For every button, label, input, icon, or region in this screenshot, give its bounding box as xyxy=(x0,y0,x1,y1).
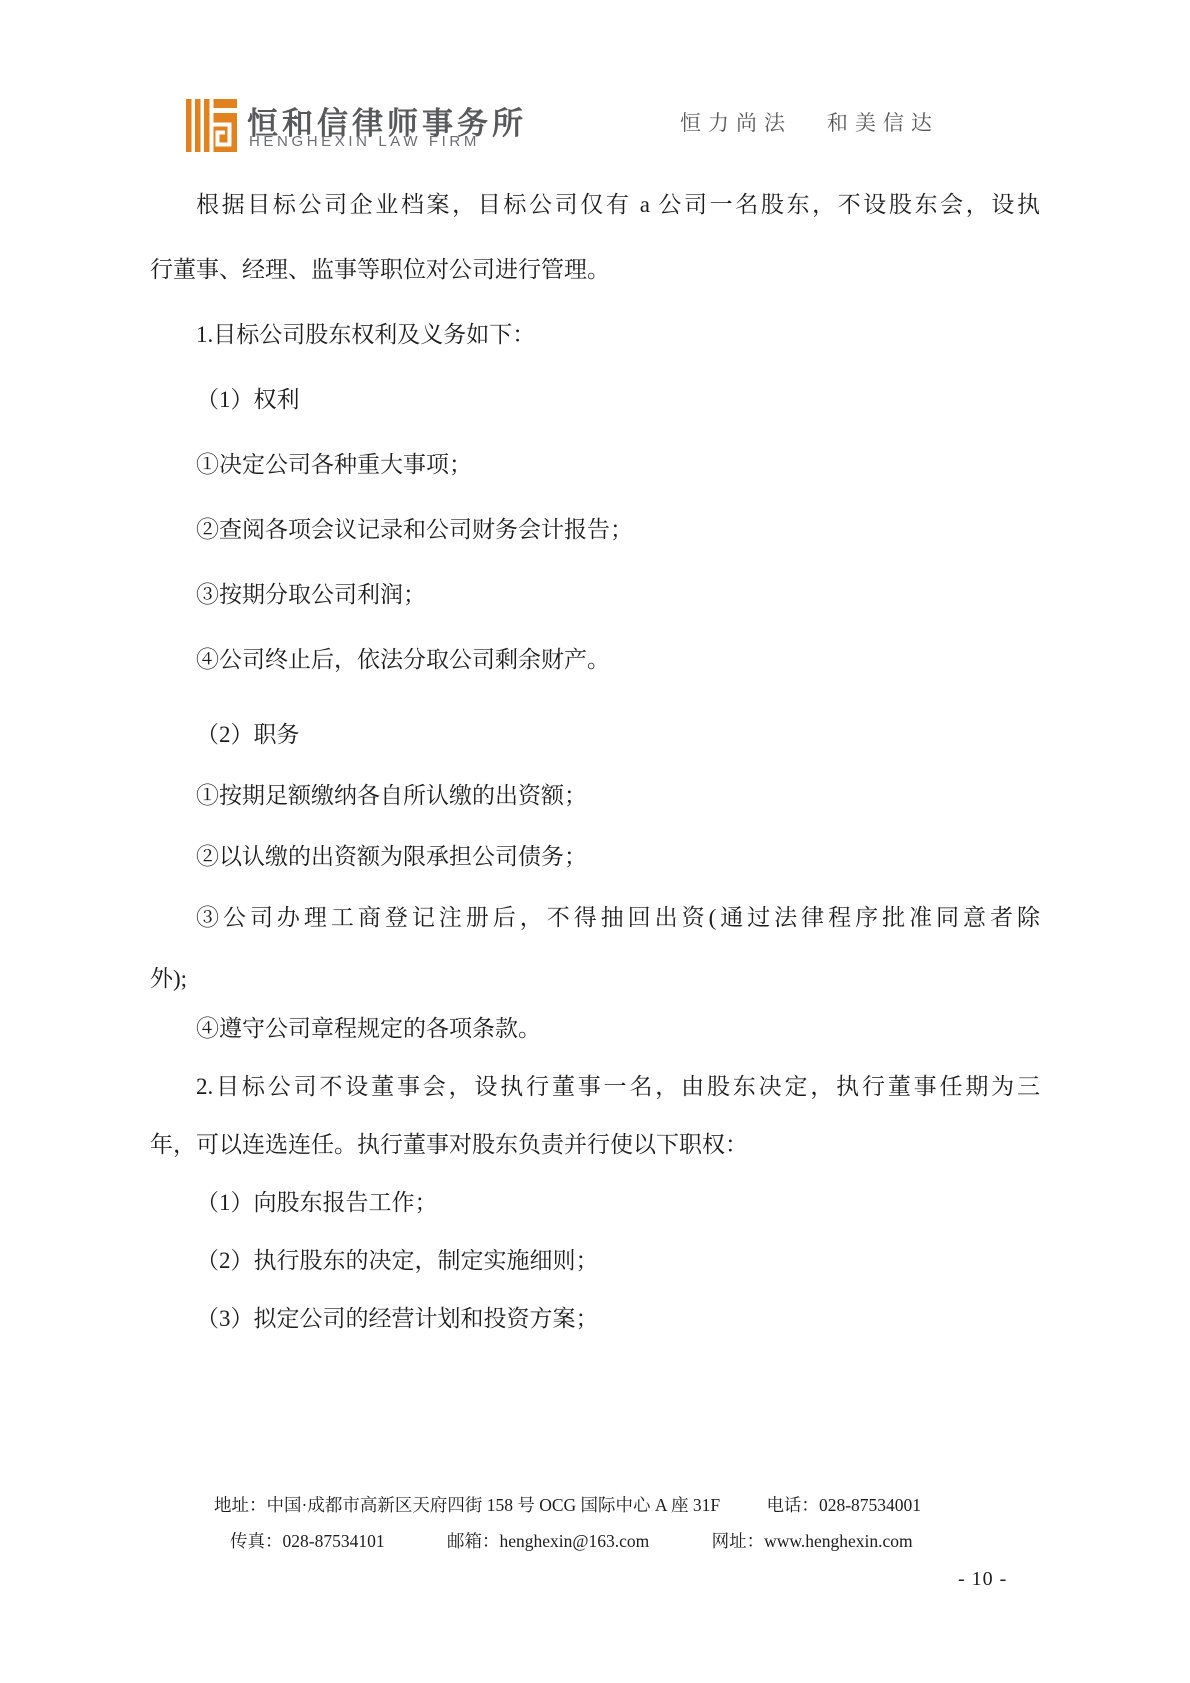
footer-phone: 电话：028-87534001 xyxy=(766,1492,921,1517)
letterhead: 恒和信律师事务所 HENGHEXIN LAW FIRM 恒力尚法 和美信达 xyxy=(0,0,1190,170)
footer-contact-line-2: 传真：028-87534101 邮箱：henghexin@163.com 网址：… xyxy=(230,1528,913,1553)
firm-name-en: HENGHEXIN LAW FIRM xyxy=(249,133,480,150)
page-number: - 10 - xyxy=(958,1568,1007,1591)
paragraph-line: （1）向股东报告工作； xyxy=(150,1190,1040,1215)
henghexin-logo-icon xyxy=(186,99,237,152)
paragraph-line: ④遵守公司章程规定的各项条款。 xyxy=(150,1016,1040,1041)
footer-phone-label: 电话： xyxy=(766,1495,819,1515)
paragraph-line: 2.目标公司不设董事会，设执行董事一名，由股东决定，执行董事任期为三 xyxy=(150,1074,1040,1099)
paragraph-line: ②查阅各项会议记录和公司财务会计报告； xyxy=(150,517,1040,542)
footer-contact-line-1: 地址：中国·成都市高新区天府四街 158 号 OCG 国际中心 A 座 31F … xyxy=(214,1492,921,1517)
paragraph-line: ③按期分取公司利润； xyxy=(150,582,1040,607)
paragraph-line: ③公司办理工商登记注册后，不得抽回出资(通过法律程序批准同意者除 xyxy=(150,905,1040,930)
slogan-part-2: 和美信达 xyxy=(827,112,939,135)
footer-fax-value: 028-87534101 xyxy=(283,1531,385,1551)
footer-fax-label: 传真： xyxy=(230,1531,283,1551)
footer-address-value: 中国·成都市高新区天府四街 158 号 OCG 国际中心 A 座 31F xyxy=(267,1495,721,1515)
slogan-part-1: 恒力尚法 xyxy=(680,112,792,135)
paragraph-line: 根据目标公司企业档案，目标公司仅有 a 公司一名股东，不设股东会，设执 xyxy=(150,192,1040,217)
footer-email: 邮箱：henghexin@163.com xyxy=(447,1528,649,1553)
paragraph-line: 1.目标公司股东权利及义务如下： xyxy=(150,322,1040,347)
paragraph-line: （1）权利 xyxy=(150,387,1040,412)
paragraph-line: （2）职务 xyxy=(150,722,1040,747)
document-page: 恒和信律师事务所 HENGHEXIN LAW FIRM 恒力尚法 和美信达 根据… xyxy=(0,0,1190,1683)
footer-website-label: 网址： xyxy=(712,1531,765,1551)
paragraph-line: ②以认缴的出资额为限承担公司债务； xyxy=(150,844,1040,869)
footer-address-label: 地址： xyxy=(214,1495,267,1515)
paragraph-line: ①按期足额缴纳各自所认缴的出资额； xyxy=(150,783,1040,808)
document-body: 根据目标公司企业档案，目标公司仅有 a 公司一名股东，不设股东会，设执 行董事、… xyxy=(150,192,1040,1364)
paragraph-line: 外); xyxy=(150,966,1040,991)
paragraph-line: （2）执行股东的决定，制定实施细则； xyxy=(150,1248,1040,1273)
paragraph-line: ④公司终止后，依法分取公司剩余财产。 xyxy=(150,647,1040,672)
paragraph-line: ①决定公司各种重大事项； xyxy=(150,452,1040,477)
footer-phone-value: 028-87534001 xyxy=(819,1495,921,1515)
footer-email-value: henghexin@163.com xyxy=(499,1531,649,1551)
paragraph-line: （3）拟定公司的经营计划和投资方案； xyxy=(150,1306,1040,1331)
footer-email-label: 邮箱： xyxy=(447,1531,500,1551)
footer-website-value: www.henghexin.com xyxy=(764,1531,913,1551)
footer-address: 地址：中国·成都市高新区天府四街 158 号 OCG 国际中心 A 座 31F xyxy=(214,1492,720,1517)
footer-website: 网址：www.henghexin.com xyxy=(712,1528,913,1553)
firm-slogan: 恒力尚法 和美信达 xyxy=(680,107,939,137)
paragraph-line: 行董事、经理、监事等职位对公司进行管理。 xyxy=(150,257,1040,282)
footer-fax: 传真：028-87534101 xyxy=(230,1528,385,1553)
paragraph-line: 年，可以连选连任。执行董事对股东负责并行使以下职权： xyxy=(150,1132,1040,1157)
